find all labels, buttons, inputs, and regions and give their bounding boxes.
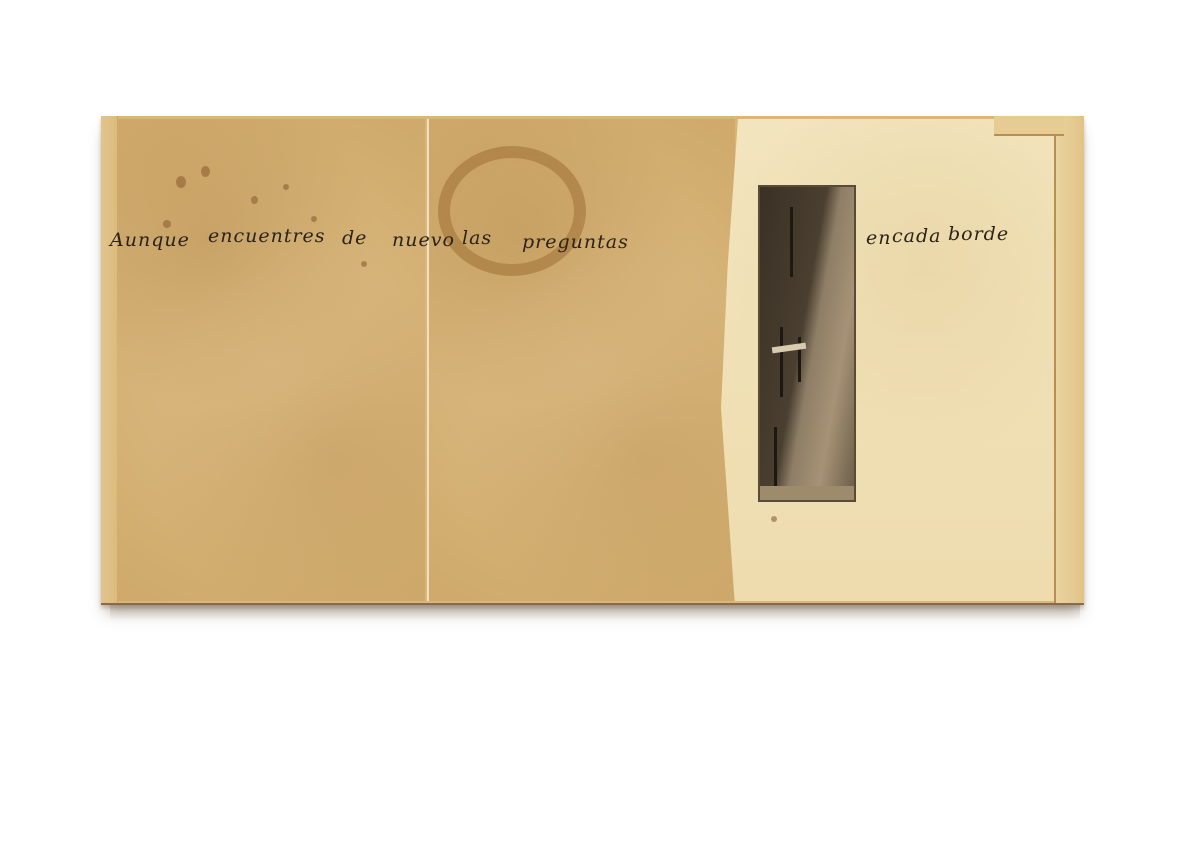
book-right-frame xyxy=(1054,116,1084,603)
hw-word: preguntas xyxy=(522,231,629,253)
hw-word: encuentres xyxy=(208,225,326,247)
hw-word: borde xyxy=(948,223,1009,245)
stain-spot xyxy=(311,216,317,222)
door-handle xyxy=(772,343,807,354)
handwritten-text: Aunque encuentres de nuevo las preguntas… xyxy=(110,225,960,265)
stain-spot xyxy=(176,176,186,188)
page-left xyxy=(117,119,425,601)
stain-spot xyxy=(251,196,258,204)
book-shadow xyxy=(110,604,1080,620)
book-right-frame-top xyxy=(994,116,1064,136)
artist-book xyxy=(101,116,1084,605)
hw-word: de xyxy=(342,227,367,249)
photo-bottom-strip xyxy=(760,486,854,500)
stain-spot xyxy=(283,184,289,190)
hw-word: nuevo xyxy=(392,229,455,251)
stain-spot xyxy=(201,166,210,177)
hw-word: en xyxy=(866,227,891,249)
hw-word: cada xyxy=(892,225,941,247)
book-cover-edge xyxy=(101,116,118,603)
hw-word: las xyxy=(462,227,492,249)
door-panel-line xyxy=(780,327,783,397)
door-panel-line xyxy=(774,427,777,487)
hw-word: Aunque xyxy=(110,229,190,251)
stain-spot xyxy=(771,516,777,522)
